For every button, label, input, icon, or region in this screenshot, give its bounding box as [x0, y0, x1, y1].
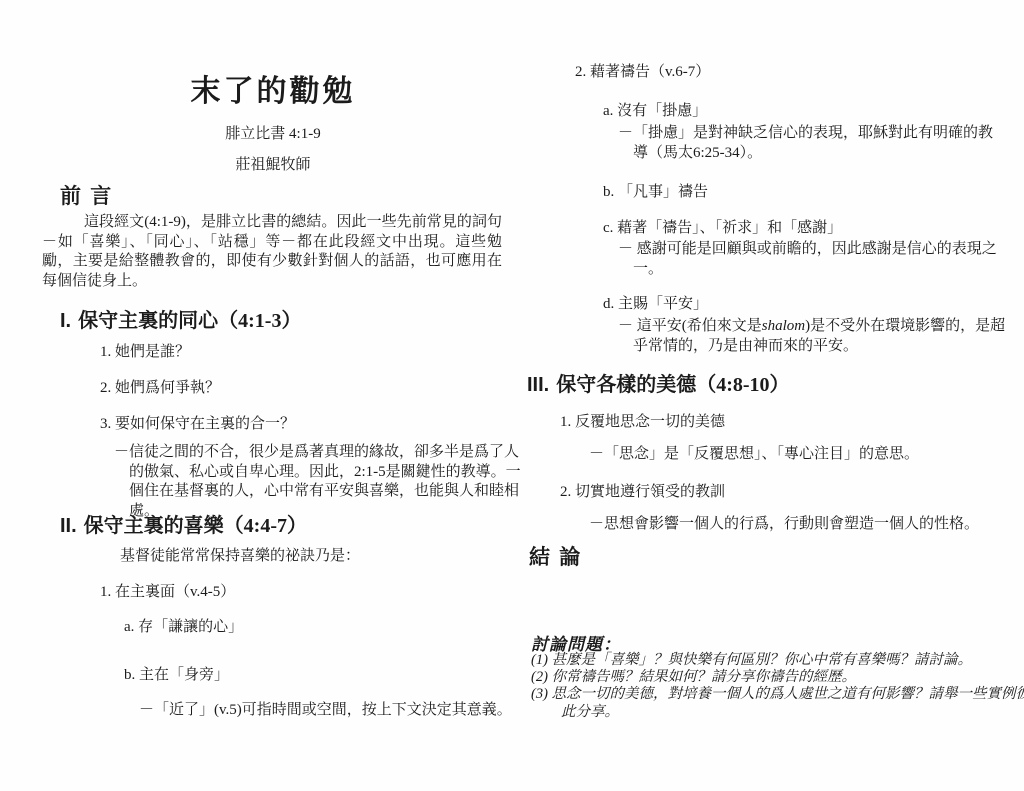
section-1-item-1: 1. 她們是誰？ [100, 340, 190, 361]
document-title: 末了的勸勉 [40, 66, 506, 110]
right-column: 2. 藉著禱告（v.6-7） a. 沒有「掛慮」 －「掛慮」是對神缺乏信心的表現… [527, 0, 1009, 791]
scripture-reference: 腓立比書 4:1-9 [40, 122, 506, 143]
section-3-item-2-note: －思想會影響一個人的行爲，行動則會塑造一個人的性格。 [589, 515, 1014, 535]
section-2-item-2d: d. 主賜「平安」 [603, 292, 708, 313]
foreword-heading: 前 言 [60, 180, 113, 210]
section-2-item-1: 1. 在主裏面（v.4-5） [100, 580, 235, 601]
conclusion-heading: 結 論 [529, 541, 582, 571]
section-3-item-1: 1. 反覆地思念一切的美德 [560, 410, 725, 431]
section-2-item-1a: a. 存「謙讓的心」 [124, 615, 243, 636]
section-2-heading: II.保守主裏的喜樂（4:4-7） [60, 509, 307, 538]
section-3-heading: III.保守各樣的美德（4:8-10） [527, 368, 790, 397]
section-1-heading-text: 保守主裏的同心（4:1-3） [78, 310, 301, 332]
section-1-heading: I.保守主裏的同心（4:1-3） [60, 304, 301, 333]
section-2-item-1b-note: －「近了」(v.5)可指時間或空間，按上下文決定其意義。 [139, 701, 519, 721]
section-2-item-2a-note: －「掛慮」是對神缺乏信心的表現，耶穌對此有明確的教導（馬太6:25-34）。 [618, 124, 1005, 163]
section-2-item-2c: c. 藉著「禱告」、「祈求」和「感謝」 [603, 216, 842, 237]
section-2-item-1b: b. 主在「身旁」 [124, 663, 229, 684]
section-1-item-3: 3. 要如何保守在主裏的合一？ [100, 412, 295, 433]
discussion-question-2: (2) 你常禱告嗎？結果如何？請分享你禱告的經歷。 [531, 669, 1024, 687]
section-2-lead: 基督徒能常常保持喜樂的祕訣乃是： [120, 544, 360, 565]
section-3-item-1-note: －「思念」是「反覆思想」、「專心注目」的意思。 [589, 445, 1004, 465]
section-2-item-2c-note: － 感謝可能是回顧與或前瞻的，因此感謝是信心的表現之一。 [618, 240, 1007, 279]
discussion-question-1: (1) 甚麼是「喜樂」？與快樂有何區別？你心中常有喜樂嗎？請討論。 [531, 652, 1024, 670]
foreword-paragraph: 這段經文(4:1-9)，是腓立比書的總結。因此一些先前常見的詞句－如「喜樂」、「… [42, 213, 502, 291]
section-2-number: II. [60, 515, 77, 537]
section-2-item-2b: b. 「凡事」禱告 [603, 180, 708, 201]
shalom-term: shalom [762, 318, 805, 334]
section-2-item-2: 2. 藉著禱告（v.6-7） [575, 60, 710, 81]
section-2-heading-text: 保守主裏的喜樂（4:4-7） [84, 515, 307, 537]
section-2-item-2d-note: － 這平安(希伯來文是shalom)是不受外在環境影響的，是超乎常情的，乃是由神… [618, 317, 1015, 356]
note-text-pre: － 這平安(希伯來文是 [618, 318, 762, 334]
section-2-item-2a: a. 沒有「掛慮」 [603, 99, 707, 120]
left-column: 末了的勸勉 腓立比書 4:1-9 莊祖鯤牧師 前 言 這段經文(4:1-9)，是… [40, 0, 506, 791]
document-page: 末了的勸勉 腓立比書 4:1-9 莊祖鯤牧師 前 言 這段經文(4:1-9)，是… [0, 0, 1024, 791]
section-3-heading-text: 保守各樣的美德（4:8-10） [556, 374, 789, 396]
discussion-question-3: (3) 思念一切的美德，對培養一個人的爲人處世之道有何影響？請舉一些實例彼此分享… [531, 686, 1024, 721]
section-1-item-2: 2. 她們爲何爭執？ [100, 376, 220, 397]
section-3-number: III. [527, 374, 549, 396]
section-3-item-2: 2. 切實地遵行領受的教訓 [560, 480, 725, 501]
section-1-number: I. [60, 310, 71, 332]
author-name: 莊祖鯤牧師 [40, 153, 506, 174]
